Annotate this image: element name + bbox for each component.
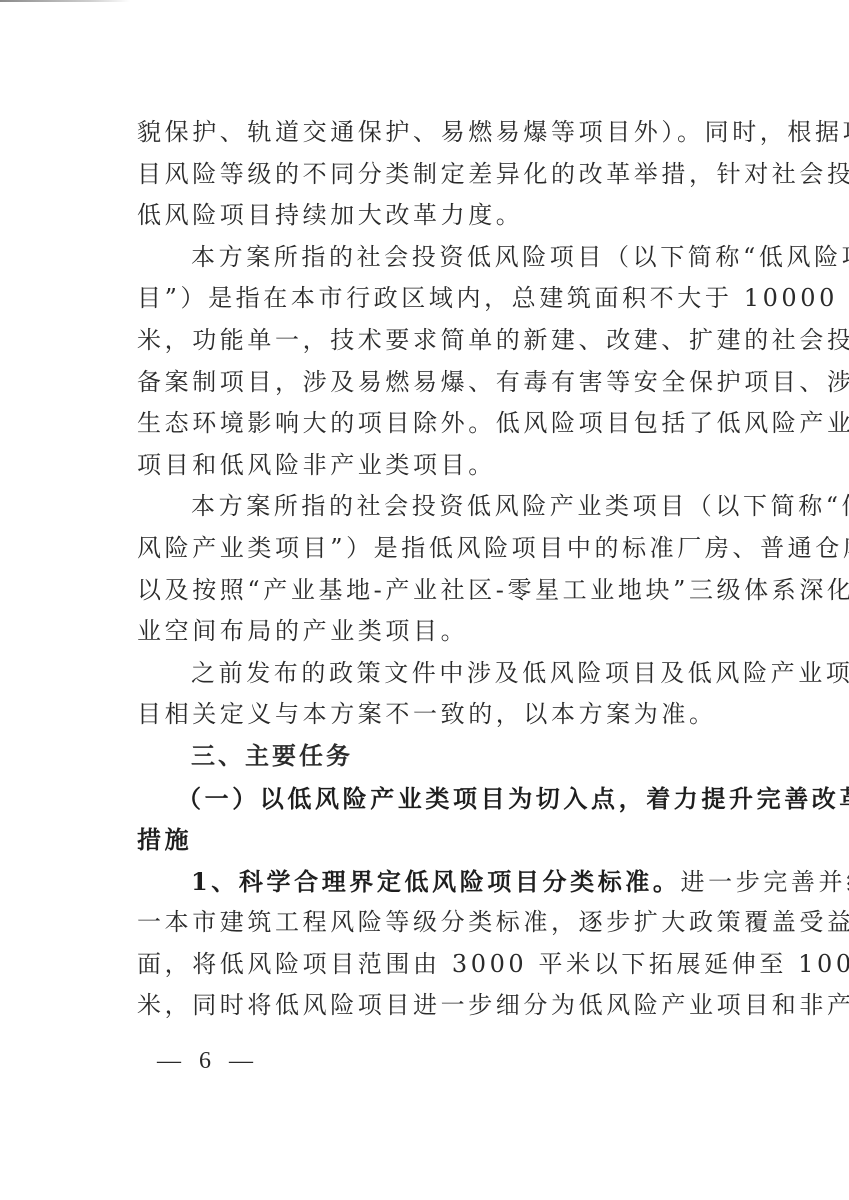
text-line: 业空间布局的产业类项目。 (137, 611, 725, 653)
text-line: 目相关定义与本方案不一致的，以本方案为准。 (137, 694, 725, 736)
subsection-heading-line: （一）以低风险产业类项目为切入点，着力提升完善改革 (137, 778, 725, 820)
document-page: 貌保护、轨道交通保护、易燃易爆等项目外）。同时，根据项 目风险等级的不同分类制定… (137, 112, 725, 1027)
text-line: 项目和低风险非产业类项目。 (137, 445, 725, 487)
paragraph-precedence-note: 之前发布的政策文件中涉及低风险项目及低风险产业项 目相关定义与本方案不一致的，以… (137, 653, 725, 736)
text-line: 本方案所指的社会投资低风险项目（以下简称“低风险项 (137, 237, 725, 279)
paragraph-low-risk-definition: 本方案所指的社会投资低风险项目（以下简称“低风险项 目”）是指在本市行政区域内，… (137, 237, 725, 487)
text-line: 以及按照“产业基地-产业社区-零星工业地块”三级体系深化产 (137, 570, 725, 612)
text-line: 备案制项目，涉及易燃易爆、有毒有害等安全保护项目、涉及 (137, 362, 725, 404)
text-line: 目风险等级的不同分类制定差异化的改革举措，针对社会投资 (137, 154, 725, 196)
task-item-first-line: 1、科学合理界定低风险项目分类标准。进一步完善并统 (137, 861, 725, 903)
paragraph-continuation: 貌保护、轨道交通保护、易燃易爆等项目外）。同时，根据项 目风险等级的不同分类制定… (137, 112, 725, 237)
scan-edge-artifact (0, 0, 130, 2)
task-item-lead: 1、科学合理界定低风险项目分类标准。 (191, 867, 681, 896)
text-line: 低风险项目持续加大改革力度。 (137, 195, 725, 237)
text-line: 生态环境影响大的项目除外。低风险项目包括了低风险产业类 (137, 403, 725, 445)
text-line: 米，同时将低风险项目进一步细分为低风险产业项目和非产业 (137, 985, 725, 1027)
section-heading: 三、主要任务 (137, 736, 725, 778)
task-item-1: 1、科学合理界定低风险项目分类标准。进一步完善并统 一本市建筑工程风险等级分类标… (137, 861, 725, 1027)
text-line: 本方案所指的社会投资低风险产业类项目（以下简称“低 (137, 486, 725, 528)
text-line: 一本市建筑工程风险等级分类标准，逐步扩大政策覆盖受益 (137, 902, 725, 944)
paragraph-industrial-definition: 本方案所指的社会投资低风险产业类项目（以下简称“低 风险产业类项目”）是指低风险… (137, 486, 725, 652)
text-line: 貌保护、轨道交通保护、易燃易爆等项目外）。同时，根据项 (137, 112, 725, 154)
task-item-text: 进一步完善并统 (681, 868, 849, 896)
subsection-heading-line: 措施 (137, 819, 725, 861)
page-number: — 6 — (157, 1048, 259, 1075)
text-line: 之前发布的政策文件中涉及低风险项目及低风险产业项 (137, 653, 725, 695)
text-line: 米，功能单一，技术要求简单的新建、改建、扩建的社会投资 (137, 320, 725, 362)
text-line: 目”）是指在本市行政区域内，总建筑面积不大于 10000 平方 (137, 278, 725, 320)
text-line: 面，将低风险项目范围由 3000 平米以下拓展延伸至 10000 平 (137, 944, 725, 986)
subsection-heading: （一）以低风险产业类项目为切入点，着力提升完善改革 措施 (137, 778, 725, 861)
text-line: 风险产业类项目”）是指低风险项目中的标准厂房、普通仓库 (137, 528, 725, 570)
